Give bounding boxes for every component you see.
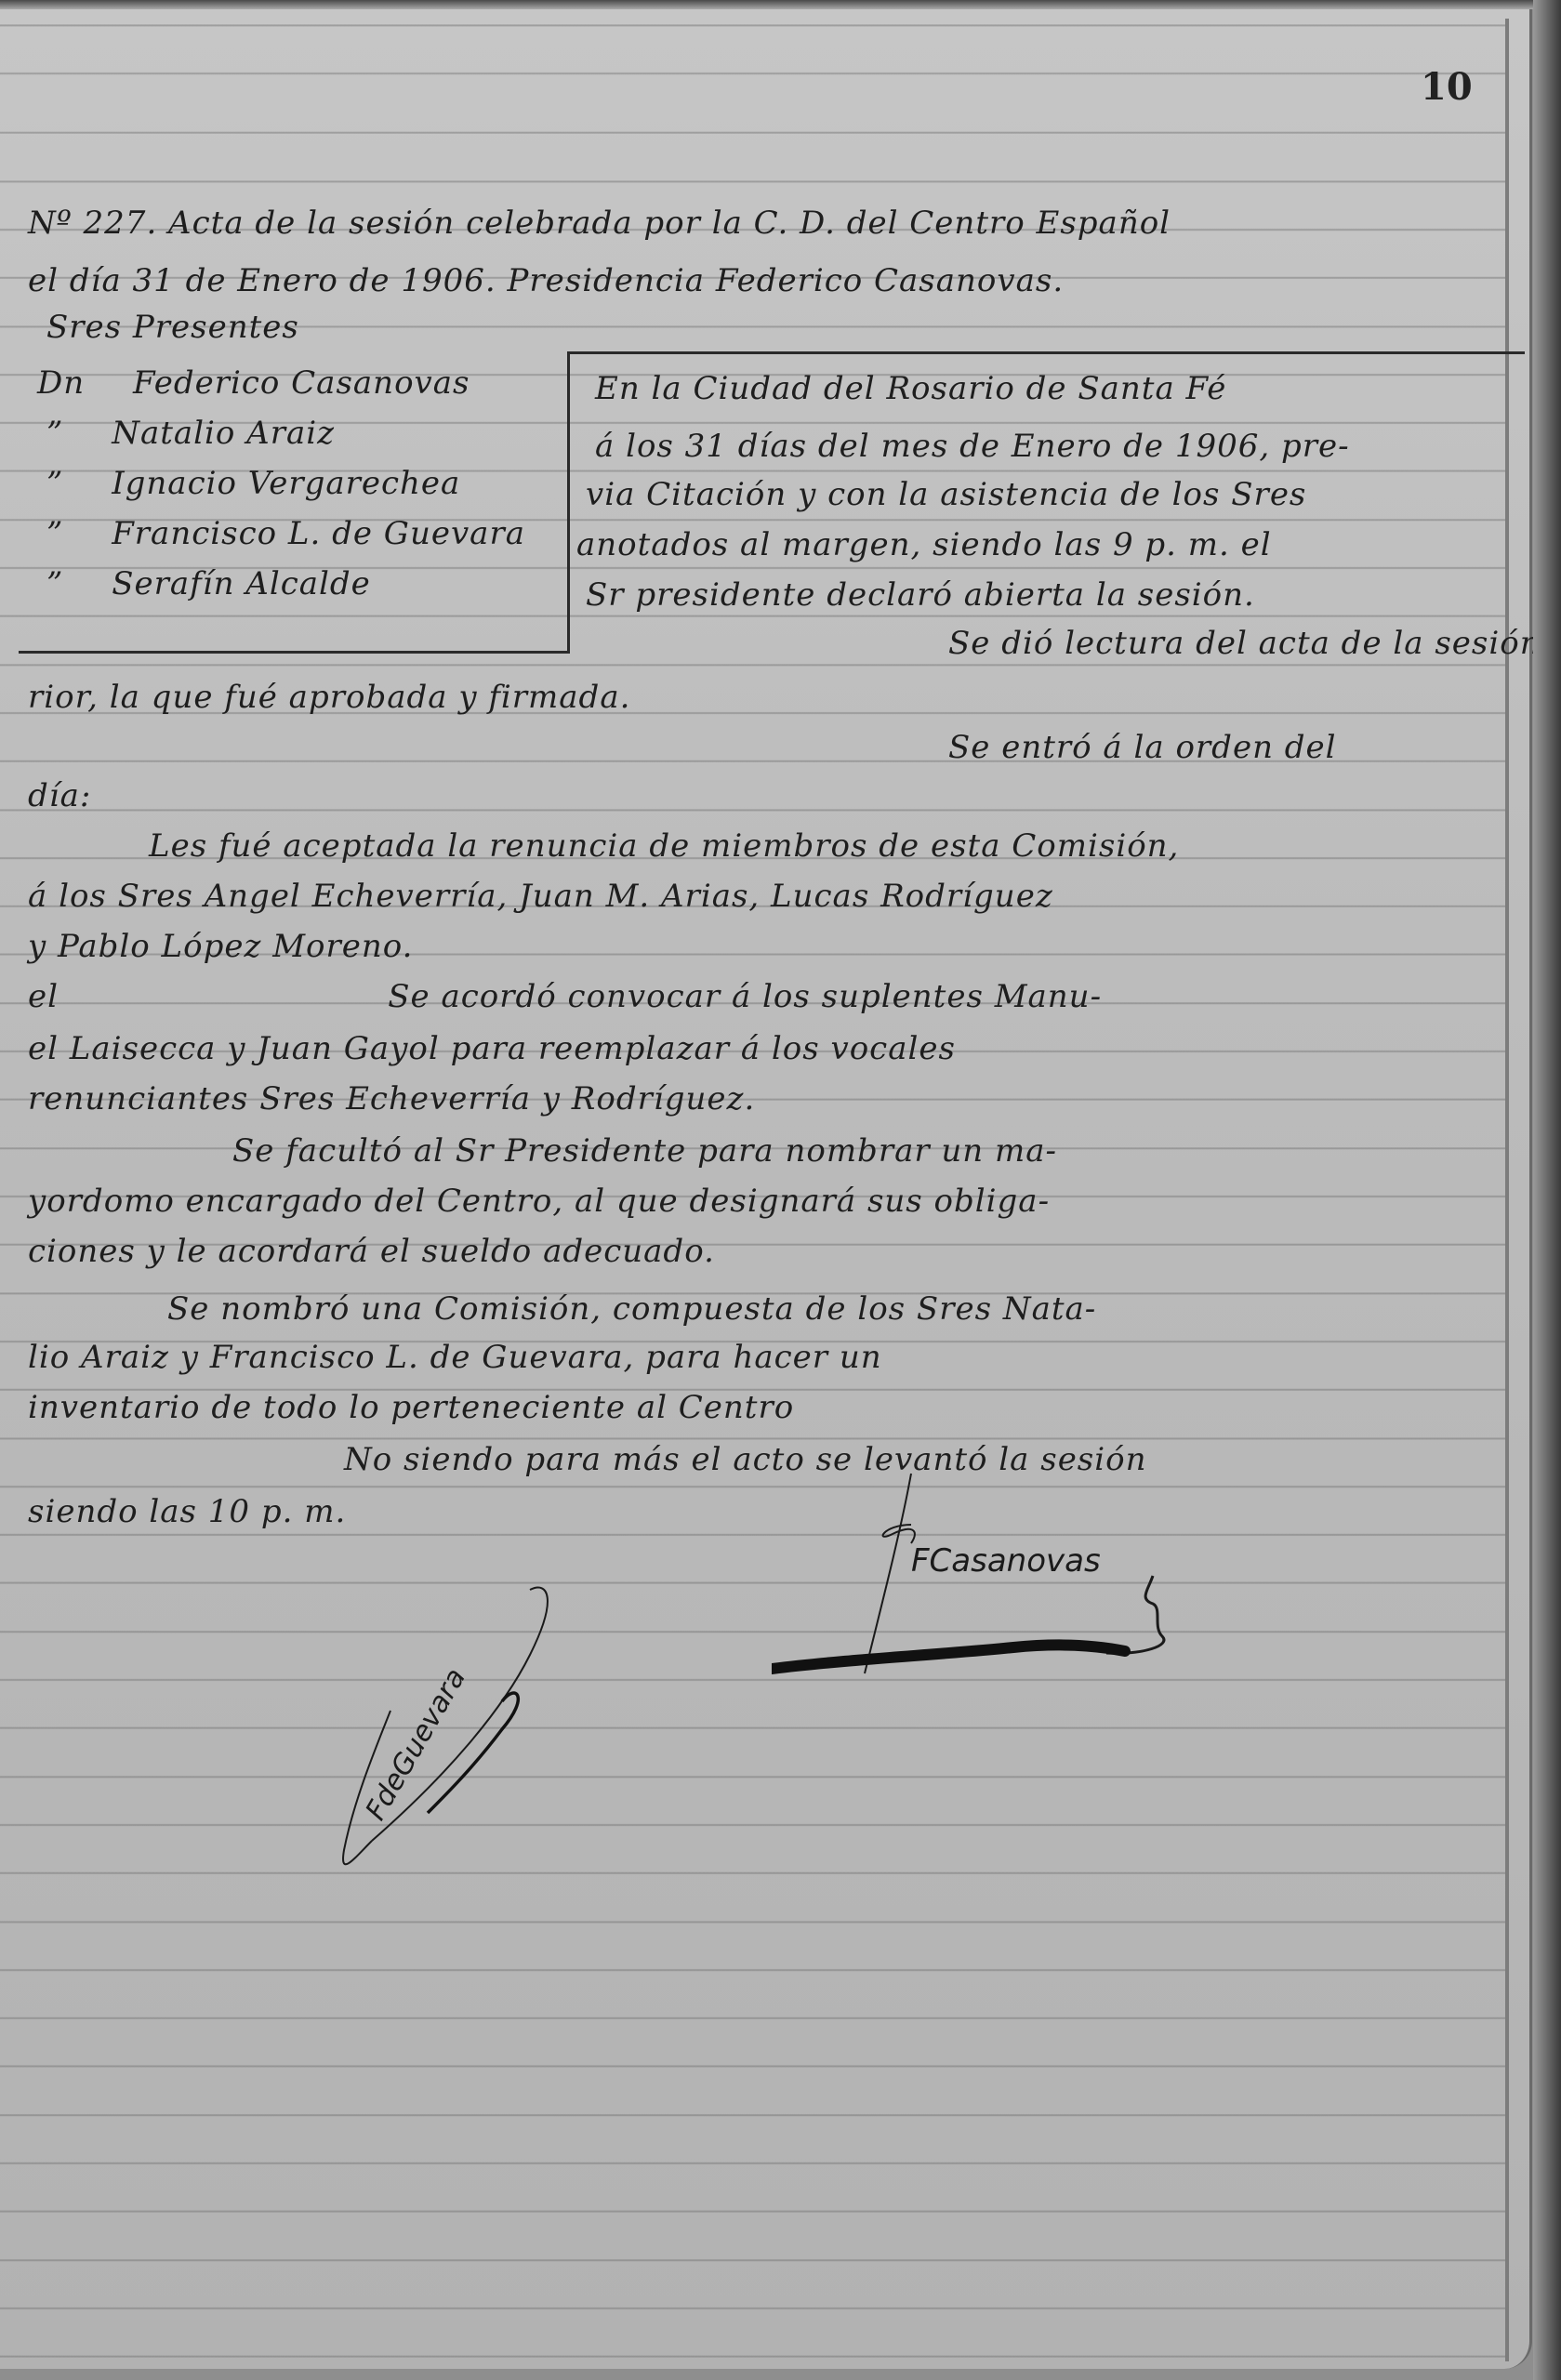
book-binding-edge: [1533, 0, 1561, 2380]
opening-line: á los 31 días del mes de Enero de 1906, …: [595, 428, 1350, 465]
minutes-title-line1: Nº 227. Acta de la sesión celebrada por …: [28, 205, 1171, 242]
ledger-page: 10 Nº 227. Acta de la sesión celebrada p…: [0, 0, 1532, 2369]
attendee-row: ” Ignacio Vergarechea: [46, 465, 460, 502]
body-line: el Laisecca y Juan Gayol para reemplazar…: [28, 1030, 956, 1067]
body-line: renunciantes Sres Echeverría y Rodríguez…: [28, 1080, 755, 1117]
body-line: Se entró á la orden del: [948, 729, 1337, 766]
body-line: yordomo encargado del Centro, al que des…: [28, 1183, 1050, 1220]
attendee-name: Ignacio Vergarechea: [112, 465, 460, 502]
attendees-heading: Sres Presentes: [46, 309, 299, 346]
svg-text:FCasanovas: FCasanovas: [911, 1542, 1101, 1580]
page-number: 10: [1421, 65, 1473, 109]
body-line: Se dió lectura del acta de la sesión ant…: [948, 625, 1561, 662]
body-line: el Se acordó convocar á los suplentes Ma…: [28, 978, 1102, 1015]
minutes-title-line2: el día 31 de Enero de 1906. Presidencia …: [28, 262, 1064, 299]
page-margin-line: [1505, 19, 1509, 2361]
attendee-row: ” Serafín Alcalde: [46, 565, 371, 602]
opening-line: anotados al margen, siendo las 9 p. m. e…: [576, 526, 1272, 563]
body-line: lio Araiz y Francisco L. de Guevara, par…: [28, 1339, 882, 1376]
president-signature: FCasanovas: [772, 1469, 1292, 1696]
book-top-edge: [0, 0, 1561, 9]
body-line: á los Sres Angel Echeverría, Juan M. Ari…: [28, 878, 1053, 915]
attendee-name: Natalio Araiz: [112, 415, 335, 452]
body-line: siendo las 10 p. m.: [28, 1493, 346, 1530]
opening-line: En la Ciudad del Rosario de Santa Fé: [595, 370, 1226, 407]
body-line: Les fué aceptada la renuncia de miembros…: [149, 827, 1179, 865]
attendee-prefix: ”: [46, 415, 63, 452]
box-top-rule: [567, 351, 1525, 354]
body-line: Se nombró una Comisión, compuesta de los…: [167, 1290, 1096, 1328]
attendee-name: Serafín Alcalde: [112, 565, 371, 602]
body-line: Se facultó al Sr Presidente para nombrar…: [232, 1132, 1057, 1170]
opening-line: Sr presidente declaró abierta la sesión.: [586, 576, 1255, 614]
attendee-prefix: ”: [46, 465, 63, 502]
attendee-row: ” Natalio Araiz: [46, 415, 335, 452]
body-line: inventario de todo lo perteneciente al C…: [28, 1389, 794, 1426]
opening-line: via Citación y con la asistencia de los …: [586, 476, 1306, 513]
attendee-prefix: Dn: [37, 364, 85, 402]
signature-casanovas-icon: FCasanovas: [772, 1469, 1292, 1692]
body-line: rior, la que fué aprobada y firmada.: [28, 679, 630, 716]
body-line: día:: [28, 777, 91, 814]
attendee-row: Dn Federico Casanovas: [37, 364, 470, 402]
signature-guevara-icon: FdeGuevara: [316, 1571, 576, 1887]
attendee-name: Federico Casanovas: [133, 364, 470, 402]
body-line: ciones y le acordará el sueldo adecuado.: [28, 1233, 715, 1270]
attendee-name: Francisco L. de Guevara: [112, 515, 525, 552]
secretary-signature: FdeGuevara: [316, 1571, 576, 1891]
body-line: y Pablo López Moreno.: [28, 928, 413, 965]
attendee-row: ” Francisco L. de Guevara: [46, 515, 525, 552]
attendee-prefix: ”: [46, 515, 63, 552]
attendee-prefix: ”: [46, 565, 63, 602]
